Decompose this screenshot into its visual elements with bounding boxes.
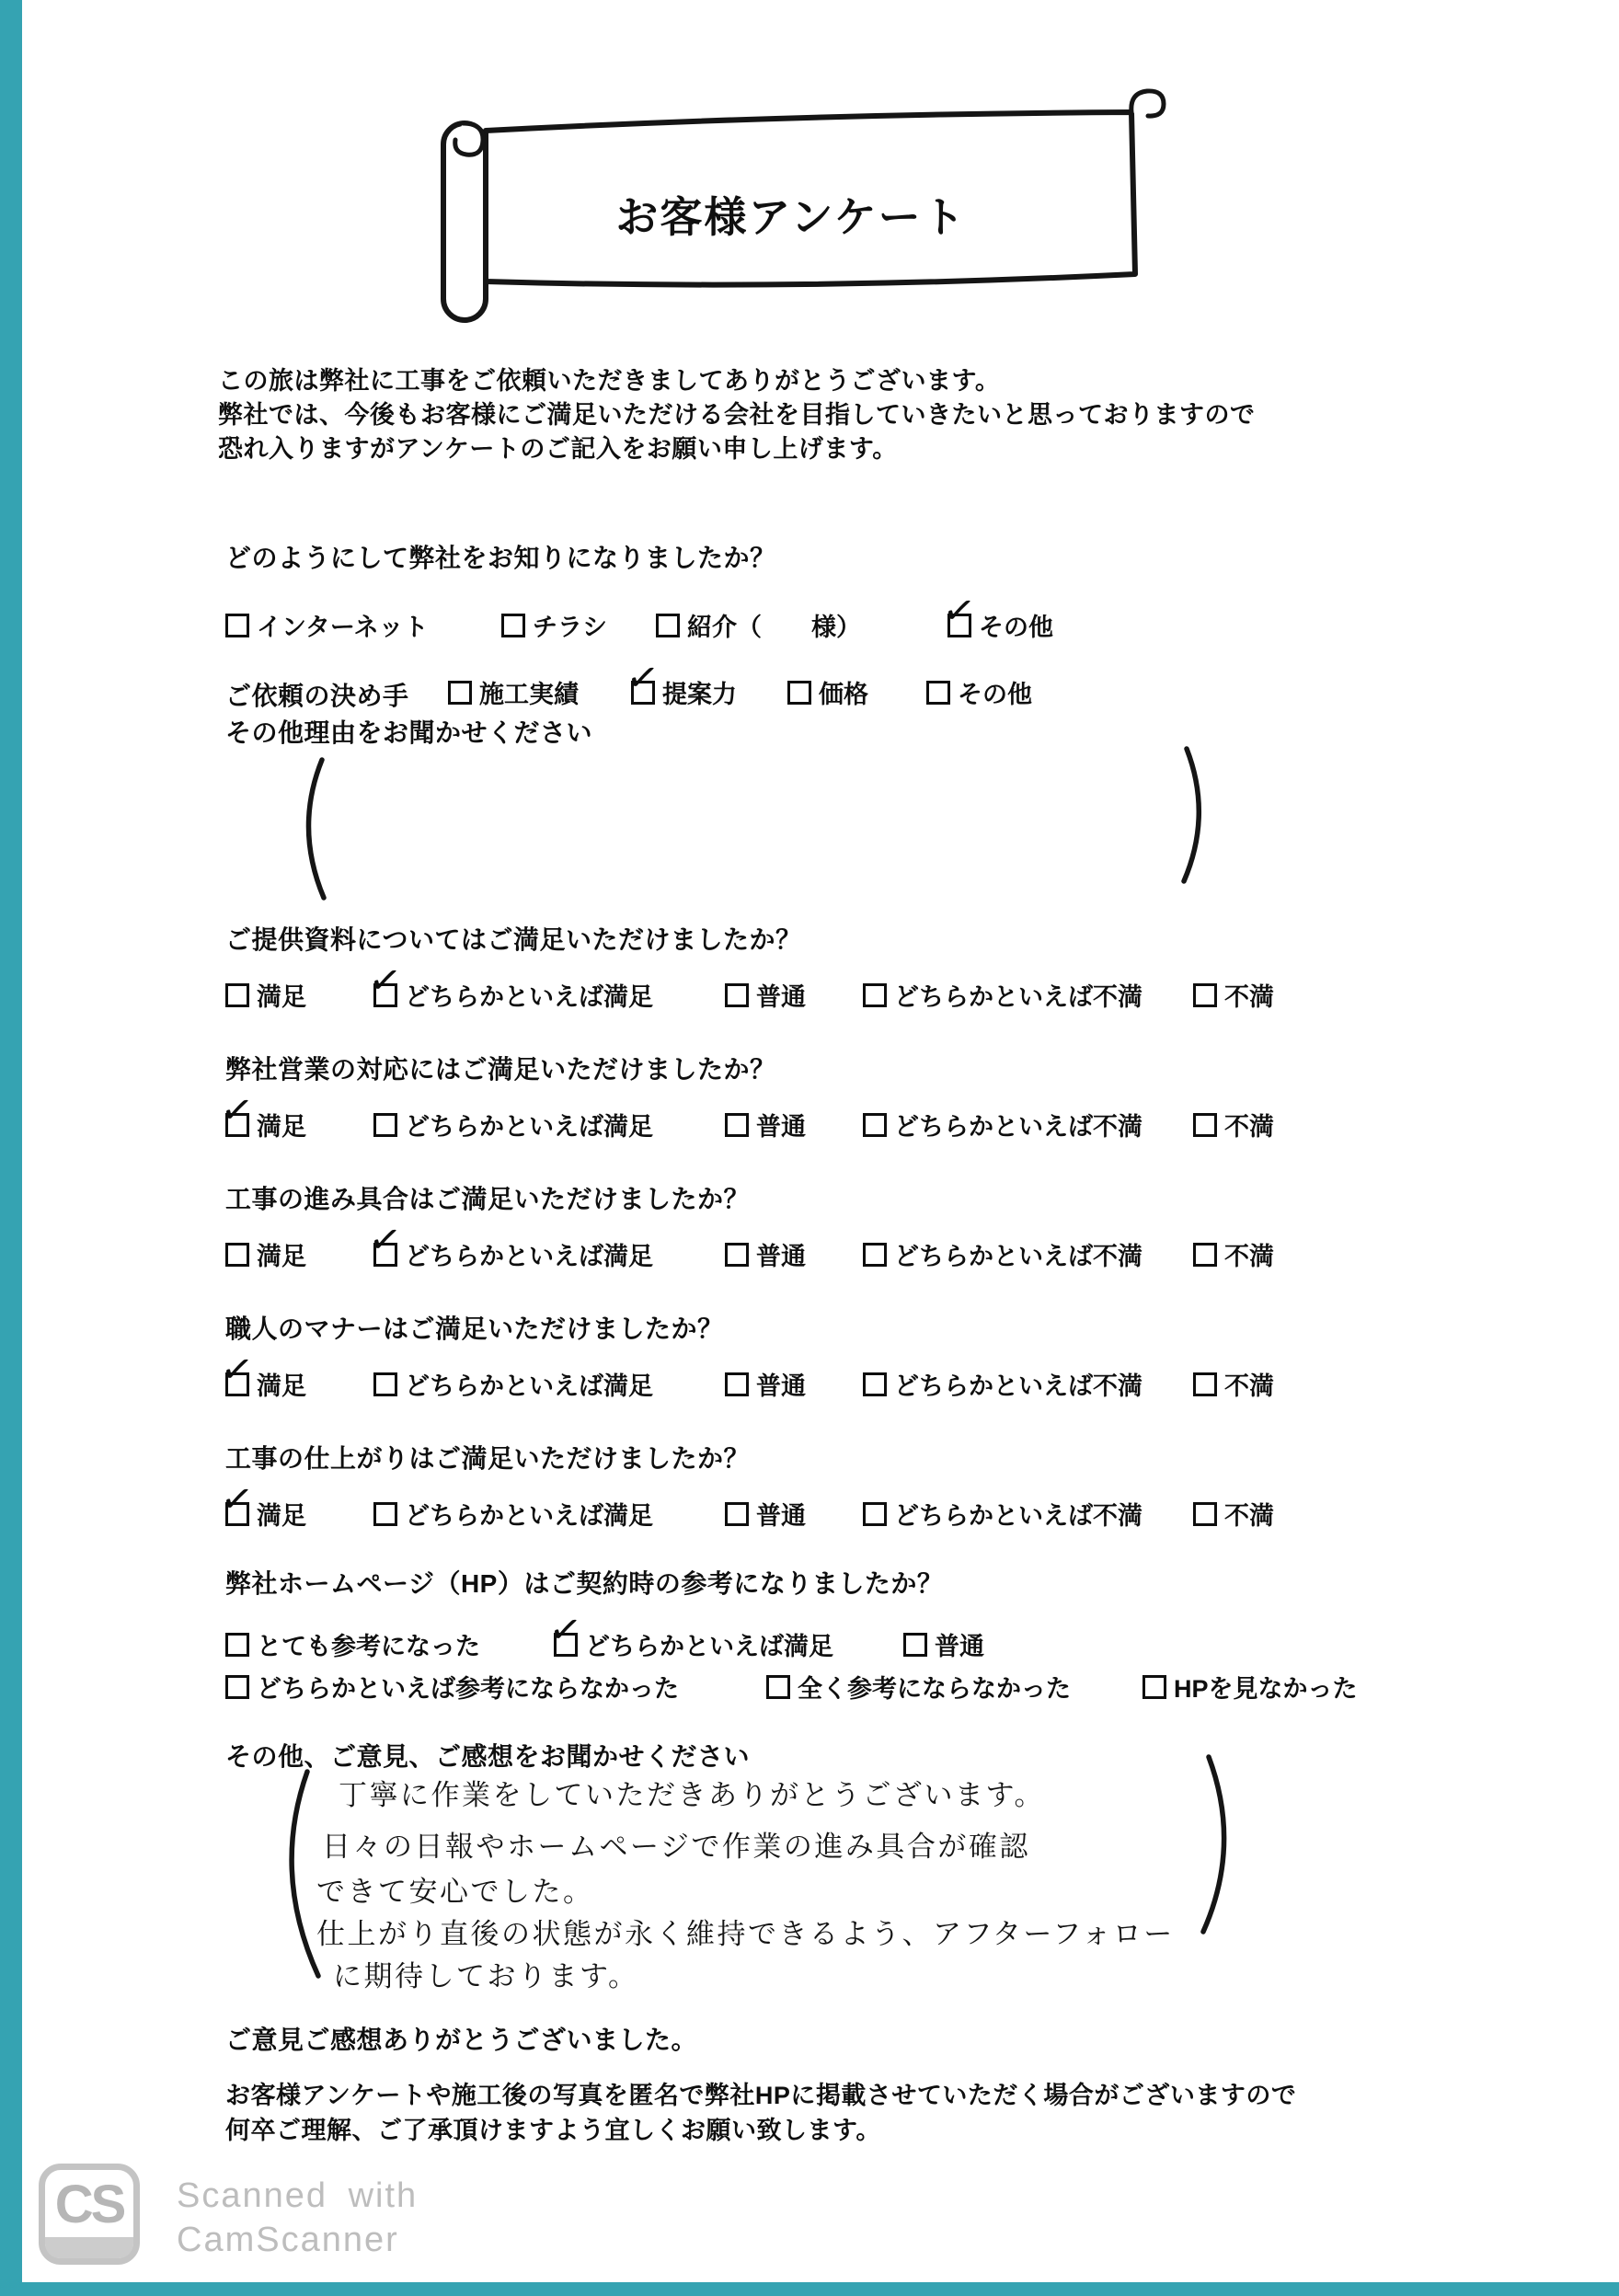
option-label: どちらかといえば不満 (894, 1496, 1142, 1532)
option-dissatisfied: ✓ 不満 (1193, 1236, 1274, 1272)
option-label: どちらかといえば参考にならなかった (257, 1669, 679, 1705)
option-label: 満足 (257, 1366, 306, 1402)
checkbox: ✓ (725, 1372, 749, 1396)
option-label: 満足 (257, 1107, 306, 1142)
camscanner-text-line-1: Scanned with (177, 2176, 418, 2216)
camscanner-logo: CS (39, 2164, 140, 2265)
option-label: 満足 (257, 1236, 306, 1272)
checkbox: ✓ (903, 1633, 927, 1657)
checkmark-icon: ✓ (218, 1348, 256, 1390)
option-label: 不満 (1224, 977, 1274, 1013)
option-somewhat-dissatisfied: ✓ どちらかといえば不満 (863, 977, 1142, 1013)
option-label: 不満 (1224, 1366, 1274, 1402)
homepage-options-row-1: ✓ とても参考になった ✓ どちらかといえば満足 ✓ 普通 (0, 1626, 1619, 1665)
option-somewhat-satisfied: ✓ どちらかといえば満足 (373, 1496, 653, 1532)
option-dissatisfied: ✓ 不満 (1193, 977, 1274, 1013)
option-label: どちらかといえば不満 (894, 1366, 1142, 1402)
handwriting-line: 丁寧に作業をしていただきありがとうございます。 (339, 1772, 1045, 1813)
option-dissatisfied: ✓ 不満 (1193, 1496, 1274, 1532)
camscanner-logo-band (45, 2237, 133, 2258)
option-neutral: ✓ 普通 (725, 977, 806, 1013)
checkbox: ✓ (725, 1243, 749, 1267)
checkmark-icon: ✓ (366, 959, 404, 1001)
question-finish: 工事の仕上がりはご満足いただけましたか？ (225, 1439, 750, 1475)
checkbox: ✓ (1193, 1502, 1217, 1526)
materials-options-row: ✓ 満足 ✓ どちらかといえば満足 ✓ 普通 ✓ どちらかといえば不満 ✓ 不満 (0, 977, 1619, 1016)
sales-options-row: ✓ 満足 ✓ どちらかといえば満足 ✓ 普通 ✓ どちらかといえば不満 ✓ 不満 (0, 1107, 1619, 1145)
option-somewhat-satisfied: ✓ どちらかといえば満足 (373, 1366, 653, 1402)
option-somewhat-dissatisfied: ✓ どちらかといえば不満 (863, 1496, 1142, 1532)
option-dissatisfied: ✓ 不満 (1193, 1107, 1274, 1142)
checkbox: ✓ (373, 1372, 397, 1396)
thanks-line: ご意見ご感想ありがとうございました。 (225, 2020, 697, 2057)
checkbox: ✓ (225, 1113, 249, 1137)
footer-line-2: 何卒ご理解、ご了承頂けますよう宜しくお願い致します。 (225, 2110, 881, 2146)
option-label: とても参考になった (257, 1626, 480, 1662)
progress-options-row: ✓ 満足 ✓ どちらかといえば満足 ✓ 普通 ✓ どちらかといえば不満 ✓ 不満 (0, 1236, 1619, 1275)
checkbox: ✓ (1193, 983, 1217, 1007)
option-label: どちらかといえば満足 (405, 1236, 653, 1272)
checkbox: ✓ (1193, 1243, 1217, 1267)
option-neutral: ✓ 普通 (903, 1626, 984, 1662)
checkbox: ✓ (373, 1243, 397, 1267)
checkmark-icon: ✓ (366, 1218, 404, 1260)
question-sales: 弊社営業の対応にはご満足いただけましたか？ (225, 1050, 776, 1086)
option-very-helpful: ✓ とても参考になった (225, 1626, 480, 1662)
option-label: どちらかといえば満足 (585, 1626, 833, 1662)
checkmark-icon: ✓ (218, 1477, 256, 1520)
teal-edge-left (0, 0, 22, 2296)
checkbox: ✓ (1193, 1113, 1217, 1137)
option-label: 普通 (756, 1107, 806, 1142)
scanned-survey-page: お客様アンケート この旅は弊社に工事をご依頼いただきましてありがとうございます。… (0, 0, 1619, 2296)
checkbox: ✓ (725, 1113, 749, 1137)
handwriting-line: 日々の日報やホームページで作業の進み具合が確認 (322, 1823, 1030, 1865)
option-label: 不満 (1224, 1236, 1274, 1272)
option-satisfied: ✓ 満足 (225, 1107, 306, 1142)
option-somewhat-dissatisfied: ✓ どちらかといえば不満 (863, 1236, 1142, 1272)
option-dissatisfied: ✓ 不満 (1193, 1366, 1274, 1402)
option-label: 普通 (756, 1496, 806, 1532)
question-progress: 工事の進み具合はご満足いただけましたか？ (225, 1179, 750, 1216)
option-label: 満足 (257, 1496, 306, 1532)
checkbox: ✓ (373, 983, 397, 1007)
option-somewhat-satisfied: ✓ どちらかといえば満足 (554, 1626, 833, 1662)
option-label: どちらかといえば不満 (894, 977, 1142, 1013)
option-label: どちらかといえば満足 (405, 1107, 653, 1142)
option-label: 普通 (756, 977, 806, 1013)
option-label: 全く参考にならなかった (798, 1669, 1071, 1705)
checkbox: ✓ (725, 1502, 749, 1526)
option-satisfied: ✓ 満足 (225, 1496, 306, 1532)
option-label: どちらかといえば不満 (894, 1236, 1142, 1272)
option-neutral: ✓ 普通 (725, 1107, 806, 1142)
checkbox: ✓ (373, 1113, 397, 1137)
option-somewhat-satisfied: ✓ どちらかといえば満足 (373, 1236, 653, 1272)
option-neutral: ✓ 普通 (725, 1366, 806, 1402)
comments-prompt: その他、ご意見、ご感想をお聞かせください (225, 1737, 750, 1774)
checkbox: ✓ (863, 1243, 887, 1267)
option-satisfied: ✓ 満足 (225, 977, 306, 1013)
checkmark-icon: ✓ (546, 1608, 584, 1650)
option-neutral: ✓ 普通 (725, 1496, 806, 1532)
checkbox: ✓ (225, 1502, 249, 1526)
question-materials: ご提供資料についてはご満足いただけましたか？ (225, 920, 801, 957)
checkbox: ✓ (863, 1502, 887, 1526)
option-did-not-see-hp: ✓ HPを見なかった (1142, 1669, 1358, 1705)
handwriting-line: できて安心でした。 (316, 1868, 594, 1910)
camscanner-text-line-2: CamScanner (177, 2221, 399, 2260)
option-label: HPを見なかった (1174, 1669, 1358, 1705)
checkbox: ✓ (225, 983, 249, 1007)
checkbox: ✓ (225, 1243, 249, 1267)
option-label: どちらかといえば満足 (405, 1496, 653, 1532)
footer-line-1: お客様アンケートや施工後の写真を匿名で弊社HPに掲載させていただく場合がございま… (225, 2075, 1296, 2111)
question-homepage: 弊社ホームページ（HP）はご契約時の参考になりましたか？ (225, 1564, 943, 1601)
checkbox: ✓ (725, 983, 749, 1007)
option-label: 満足 (257, 977, 306, 1013)
finish-options-row: ✓ 満足 ✓ どちらかといえば満足 ✓ 普通 ✓ どちらかといえば不満 ✓ 不満 (0, 1496, 1619, 1534)
camscanner-logo-letters: CS (45, 2172, 133, 2238)
teal-edge-bottom (0, 2282, 1619, 2296)
option-somewhat-satisfied: ✓ どちらかといえば満足 (373, 977, 653, 1013)
option-label: 普通 (756, 1366, 806, 1402)
checkbox: ✓ (225, 1675, 249, 1699)
option-label: 不満 (1224, 1107, 1274, 1142)
option-somewhat-dissatisfied: ✓ どちらかといえば不満 (863, 1107, 1142, 1142)
option-satisfied: ✓ 満足 (225, 1236, 306, 1272)
checkbox: ✓ (225, 1633, 249, 1657)
homepage-options-row-2: ✓ どちらかといえば参考にならなかった ✓ 全く参考にならなかった ✓ HPを見… (0, 1669, 1619, 1707)
option-not-helpful: ✓ 全く参考にならなかった (766, 1669, 1071, 1705)
option-label: どちらかといえば満足 (405, 1366, 653, 1402)
handwriting-line: 仕上がり直後の状態が永く維持できるよう、アフターフォロー (316, 1911, 1175, 1952)
checkbox: ✓ (863, 1113, 887, 1137)
option-label: どちらかといえば満足 (405, 977, 653, 1013)
option-somewhat-satisfied: ✓ どちらかといえば満足 (373, 1107, 653, 1142)
checkbox: ✓ (766, 1675, 790, 1699)
checkbox: ✓ (554, 1633, 578, 1657)
question-manners: 職人のマナーはご満足いただけましたか？ (225, 1309, 724, 1346)
checkbox: ✓ (225, 1372, 249, 1396)
option-label: 不満 (1224, 1496, 1274, 1532)
checkbox: ✓ (373, 1502, 397, 1526)
option-neutral: ✓ 普通 (725, 1236, 806, 1272)
checkbox: ✓ (863, 983, 887, 1007)
option-label: どちらかといえば不満 (894, 1107, 1142, 1142)
checkbox: ✓ (1193, 1372, 1217, 1396)
checkbox: ✓ (1142, 1675, 1166, 1699)
checkbox: ✓ (863, 1372, 887, 1396)
checkmark-icon: ✓ (218, 1088, 256, 1131)
handwriting-line: に期待しております。 (333, 1953, 639, 1994)
option-label: 普通 (935, 1626, 984, 1662)
option-somewhat-unhelpful: ✓ どちらかといえば参考にならなかった (225, 1669, 679, 1705)
manners-options-row: ✓ 満足 ✓ どちらかといえば満足 ✓ 普通 ✓ どちらかといえば不満 ✓ 不満 (0, 1366, 1619, 1405)
option-somewhat-dissatisfied: ✓ どちらかといえば不満 (863, 1366, 1142, 1402)
option-satisfied: ✓ 満足 (225, 1366, 306, 1402)
option-label: 普通 (756, 1236, 806, 1272)
